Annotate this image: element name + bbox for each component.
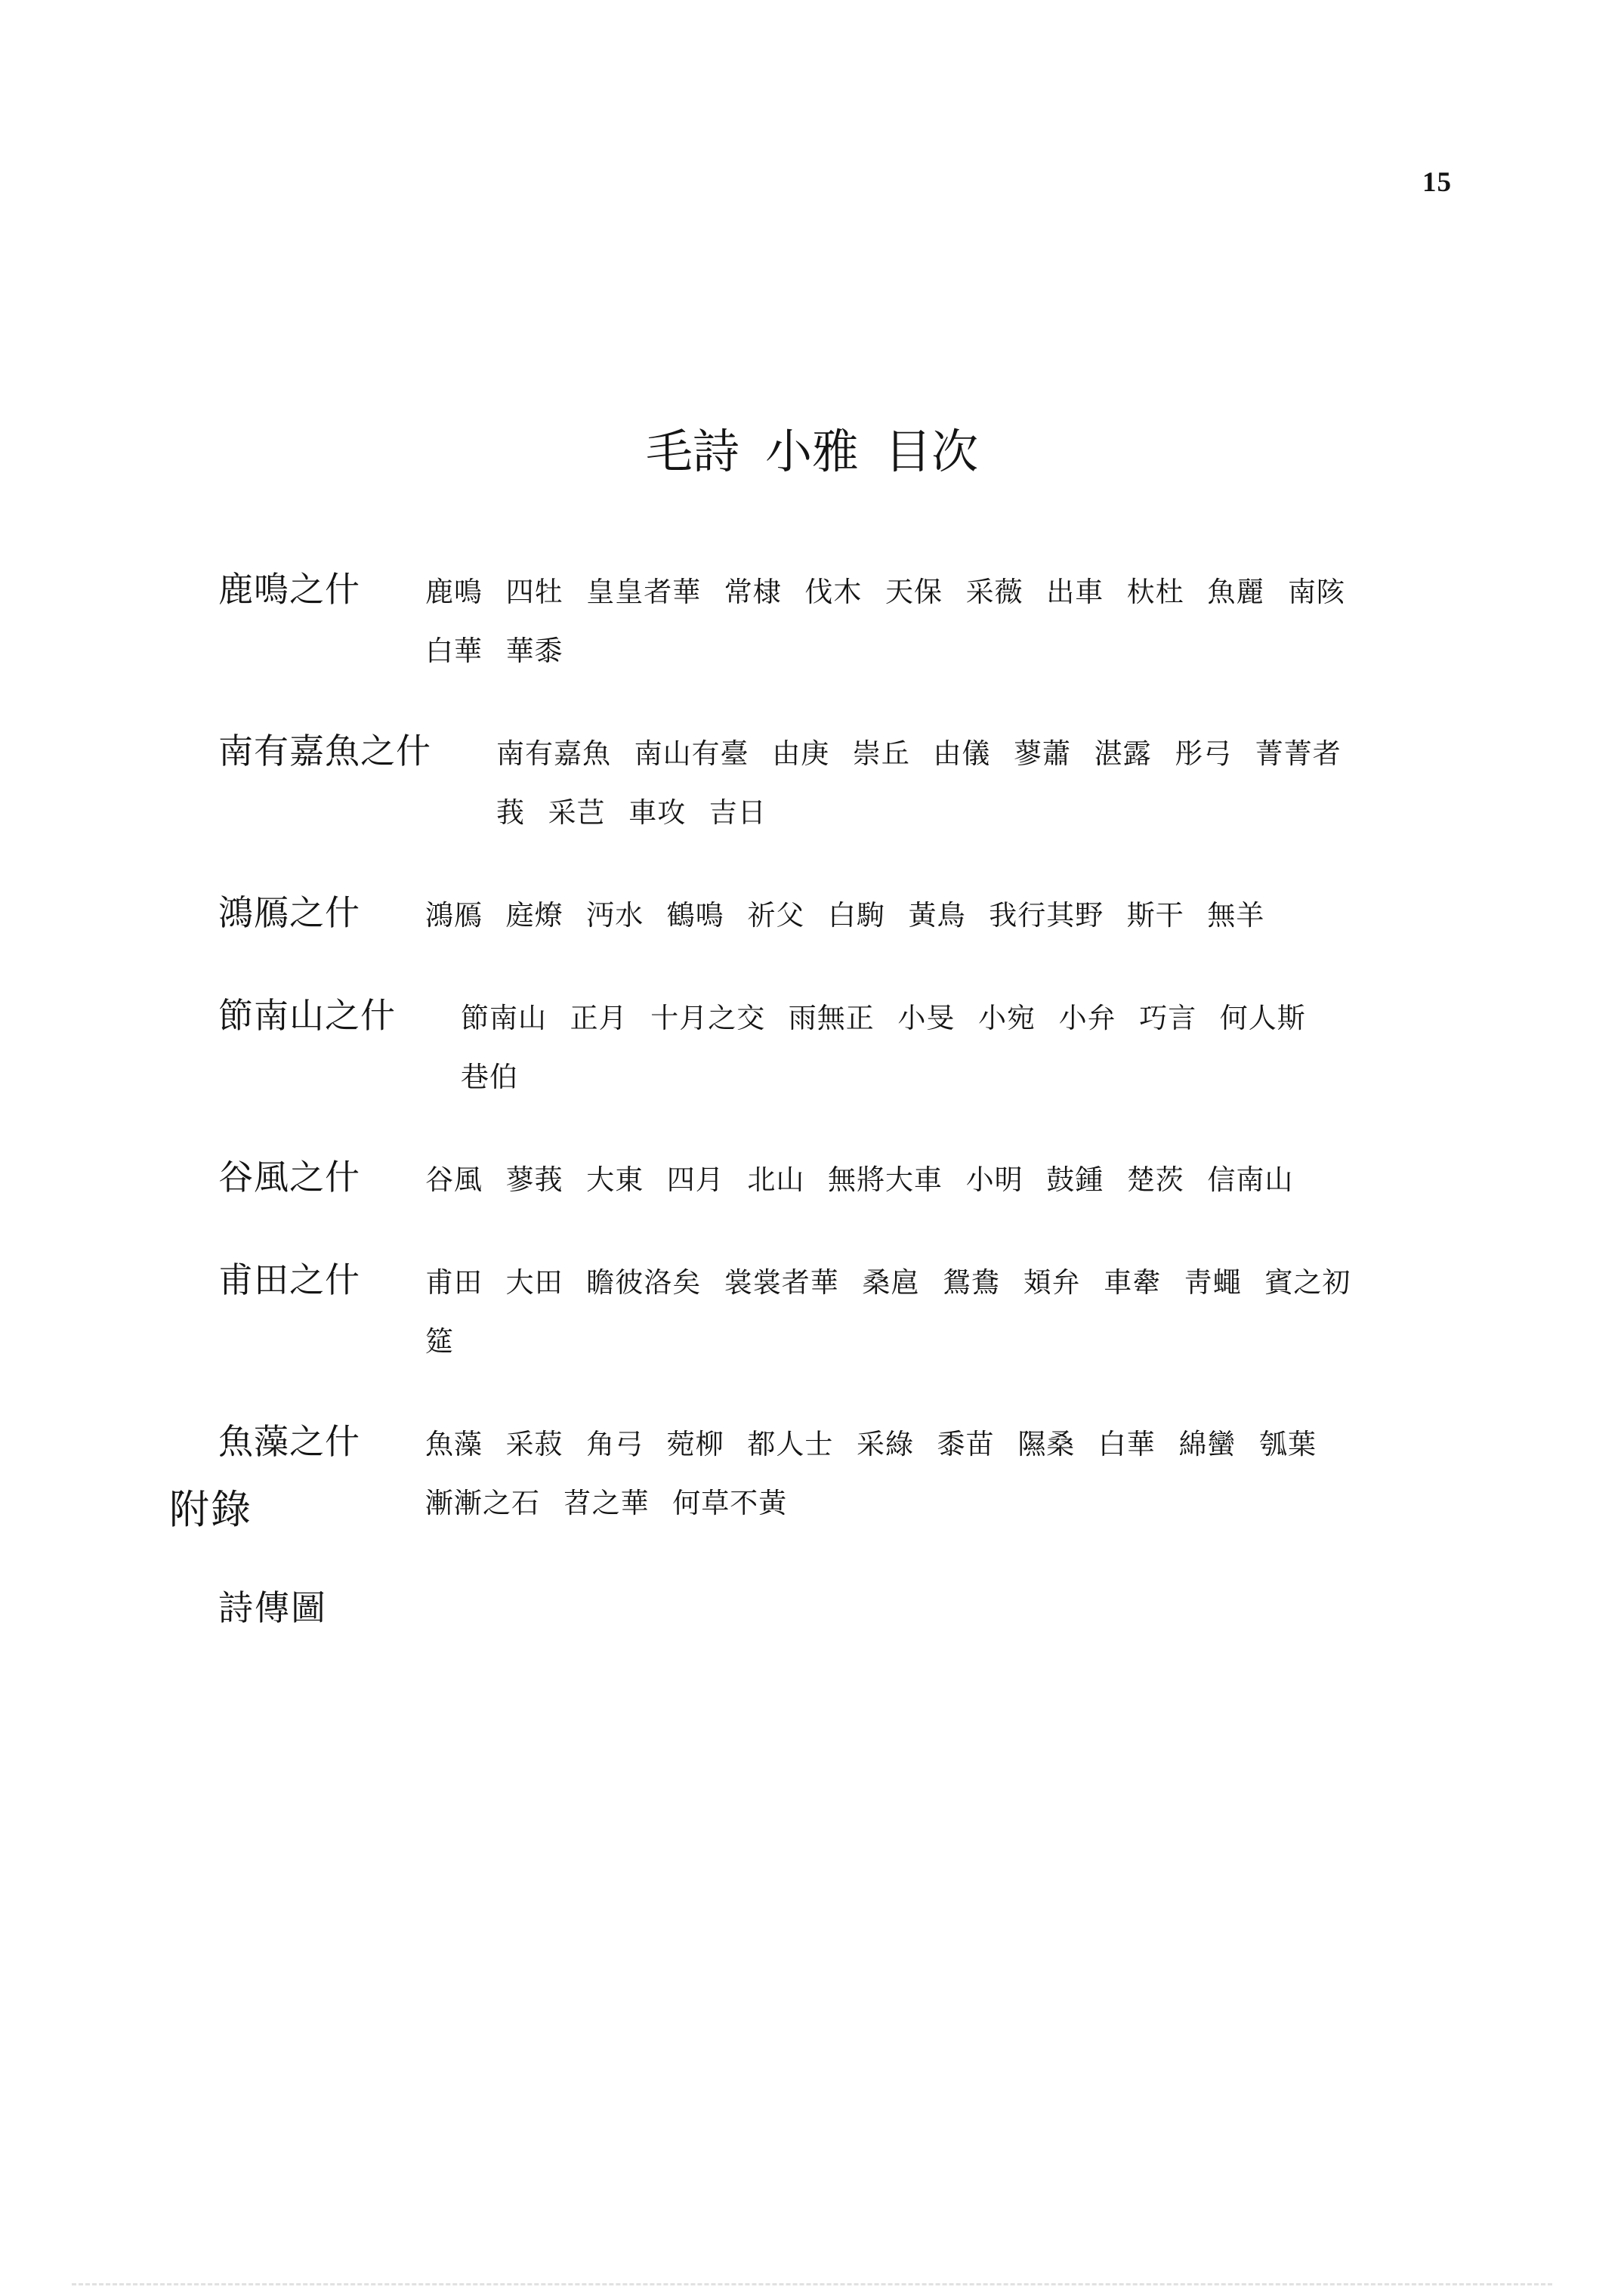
toc-section-items: 南有嘉魚 南山有臺 由庚 崇丘 由儀 蓼蕭 湛露 彤弓 菁菁者莪 采芑 車攻 吉… (496, 725, 1351, 843)
toc-section-label: 鴻鴈之什 (218, 884, 360, 943)
page-title: 毛詩 小雅 目次 (0, 414, 1624, 481)
toc-section-items: 鴻鴈 庭燎 沔水 鶴鳴 祈父 白駒 黃鳥 我行其野 斯干 無羊 (425, 887, 1351, 946)
scan-artifact-line (72, 2283, 1552, 2285)
toc-section-items: 魚藻 采菽 角弓 菀柳 都人士 采綠 黍苗 隰桑 白華 綿蠻 瓠葉 漸漸之石 苕… (425, 1416, 1351, 1534)
toc-section-row: 南有嘉魚之什 南有嘉魚 南山有臺 由庚 崇丘 由儀 蓼蕭 湛露 彤弓 菁菁者莪 … (218, 722, 1351, 843)
toc-section-items: 節南山 正月 十月之交 雨無正 小旻 小宛 小弁 巧言 何人斯 巷伯 (461, 990, 1351, 1108)
toc-section-row: 谷風之什 谷風 蓼莪 大東 四月 北山 無將大車 小明 鼓鍾 楚茨 信南山 (218, 1148, 1351, 1210)
toc-section-label: 甫田之什 (218, 1251, 360, 1310)
toc-section-row: 鹿鳴之什 鹿鳴 四牡 皇皇者華 常棣 伐木 天保 采薇 出車 杕杜 魚麗 南陔 … (218, 561, 1351, 681)
toc-section-label: 魚藻之什 (218, 1413, 360, 1472)
toc-section-label: 南有嘉魚之什 (218, 722, 431, 781)
toc-section-row: 節南山之什 節南山 正月 十月之交 雨無正 小旻 小宛 小弁 巧言 何人斯 巷伯 (218, 987, 1351, 1108)
toc-section-items: 谷風 蓼莪 大東 四月 北山 無將大車 小明 鼓鍾 楚茨 信南山 (425, 1151, 1351, 1210)
page-number: 15 (1422, 166, 1452, 199)
document-page: 15 毛詩 小雅 目次 鹿鳴之什 鹿鳴 四牡 皇皇者華 常棣 伐木 天保 采薇 … (0, 0, 1624, 2293)
toc-section-row: 甫田之什 甫田 大田 瞻彼洛矣 裳裳者華 桑扈 鴛鴦 頍弁 車舝 靑蠅 賓之初筵 (218, 1251, 1351, 1372)
table-of-contents: 鹿鳴之什 鹿鳴 四牡 皇皇者華 常棣 伐木 天保 采薇 出車 杕杜 魚麗 南陔 … (218, 561, 1351, 1575)
toc-section-row: 鴻鴈之什 鴻鴈 庭燎 沔水 鶴鳴 祈父 白駒 黃鳥 我行其野 斯干 無羊 (218, 884, 1351, 946)
toc-section-items: 鹿鳴 四牡 皇皇者華 常棣 伐木 天保 采薇 出車 杕杜 魚麗 南陔 白華 華黍 (425, 564, 1351, 681)
appendix-heading: 附錄 (169, 1478, 252, 1535)
toc-section-row: 魚藻之什 魚藻 采菽 角弓 菀柳 都人士 采綠 黍苗 隰桑 白華 綿蠻 瓠葉 漸… (218, 1413, 1351, 1534)
appendix-entry: 詩傳圖 (218, 1581, 327, 1630)
toc-section-label: 節南山之什 (218, 987, 396, 1046)
toc-section-label: 谷風之什 (218, 1148, 360, 1207)
toc-section-items: 甫田 大田 瞻彼洛矣 裳裳者華 桑扈 鴛鴦 頍弁 車舝 靑蠅 賓之初筵 (425, 1254, 1351, 1372)
toc-section-label: 鹿鳴之什 (218, 561, 360, 620)
